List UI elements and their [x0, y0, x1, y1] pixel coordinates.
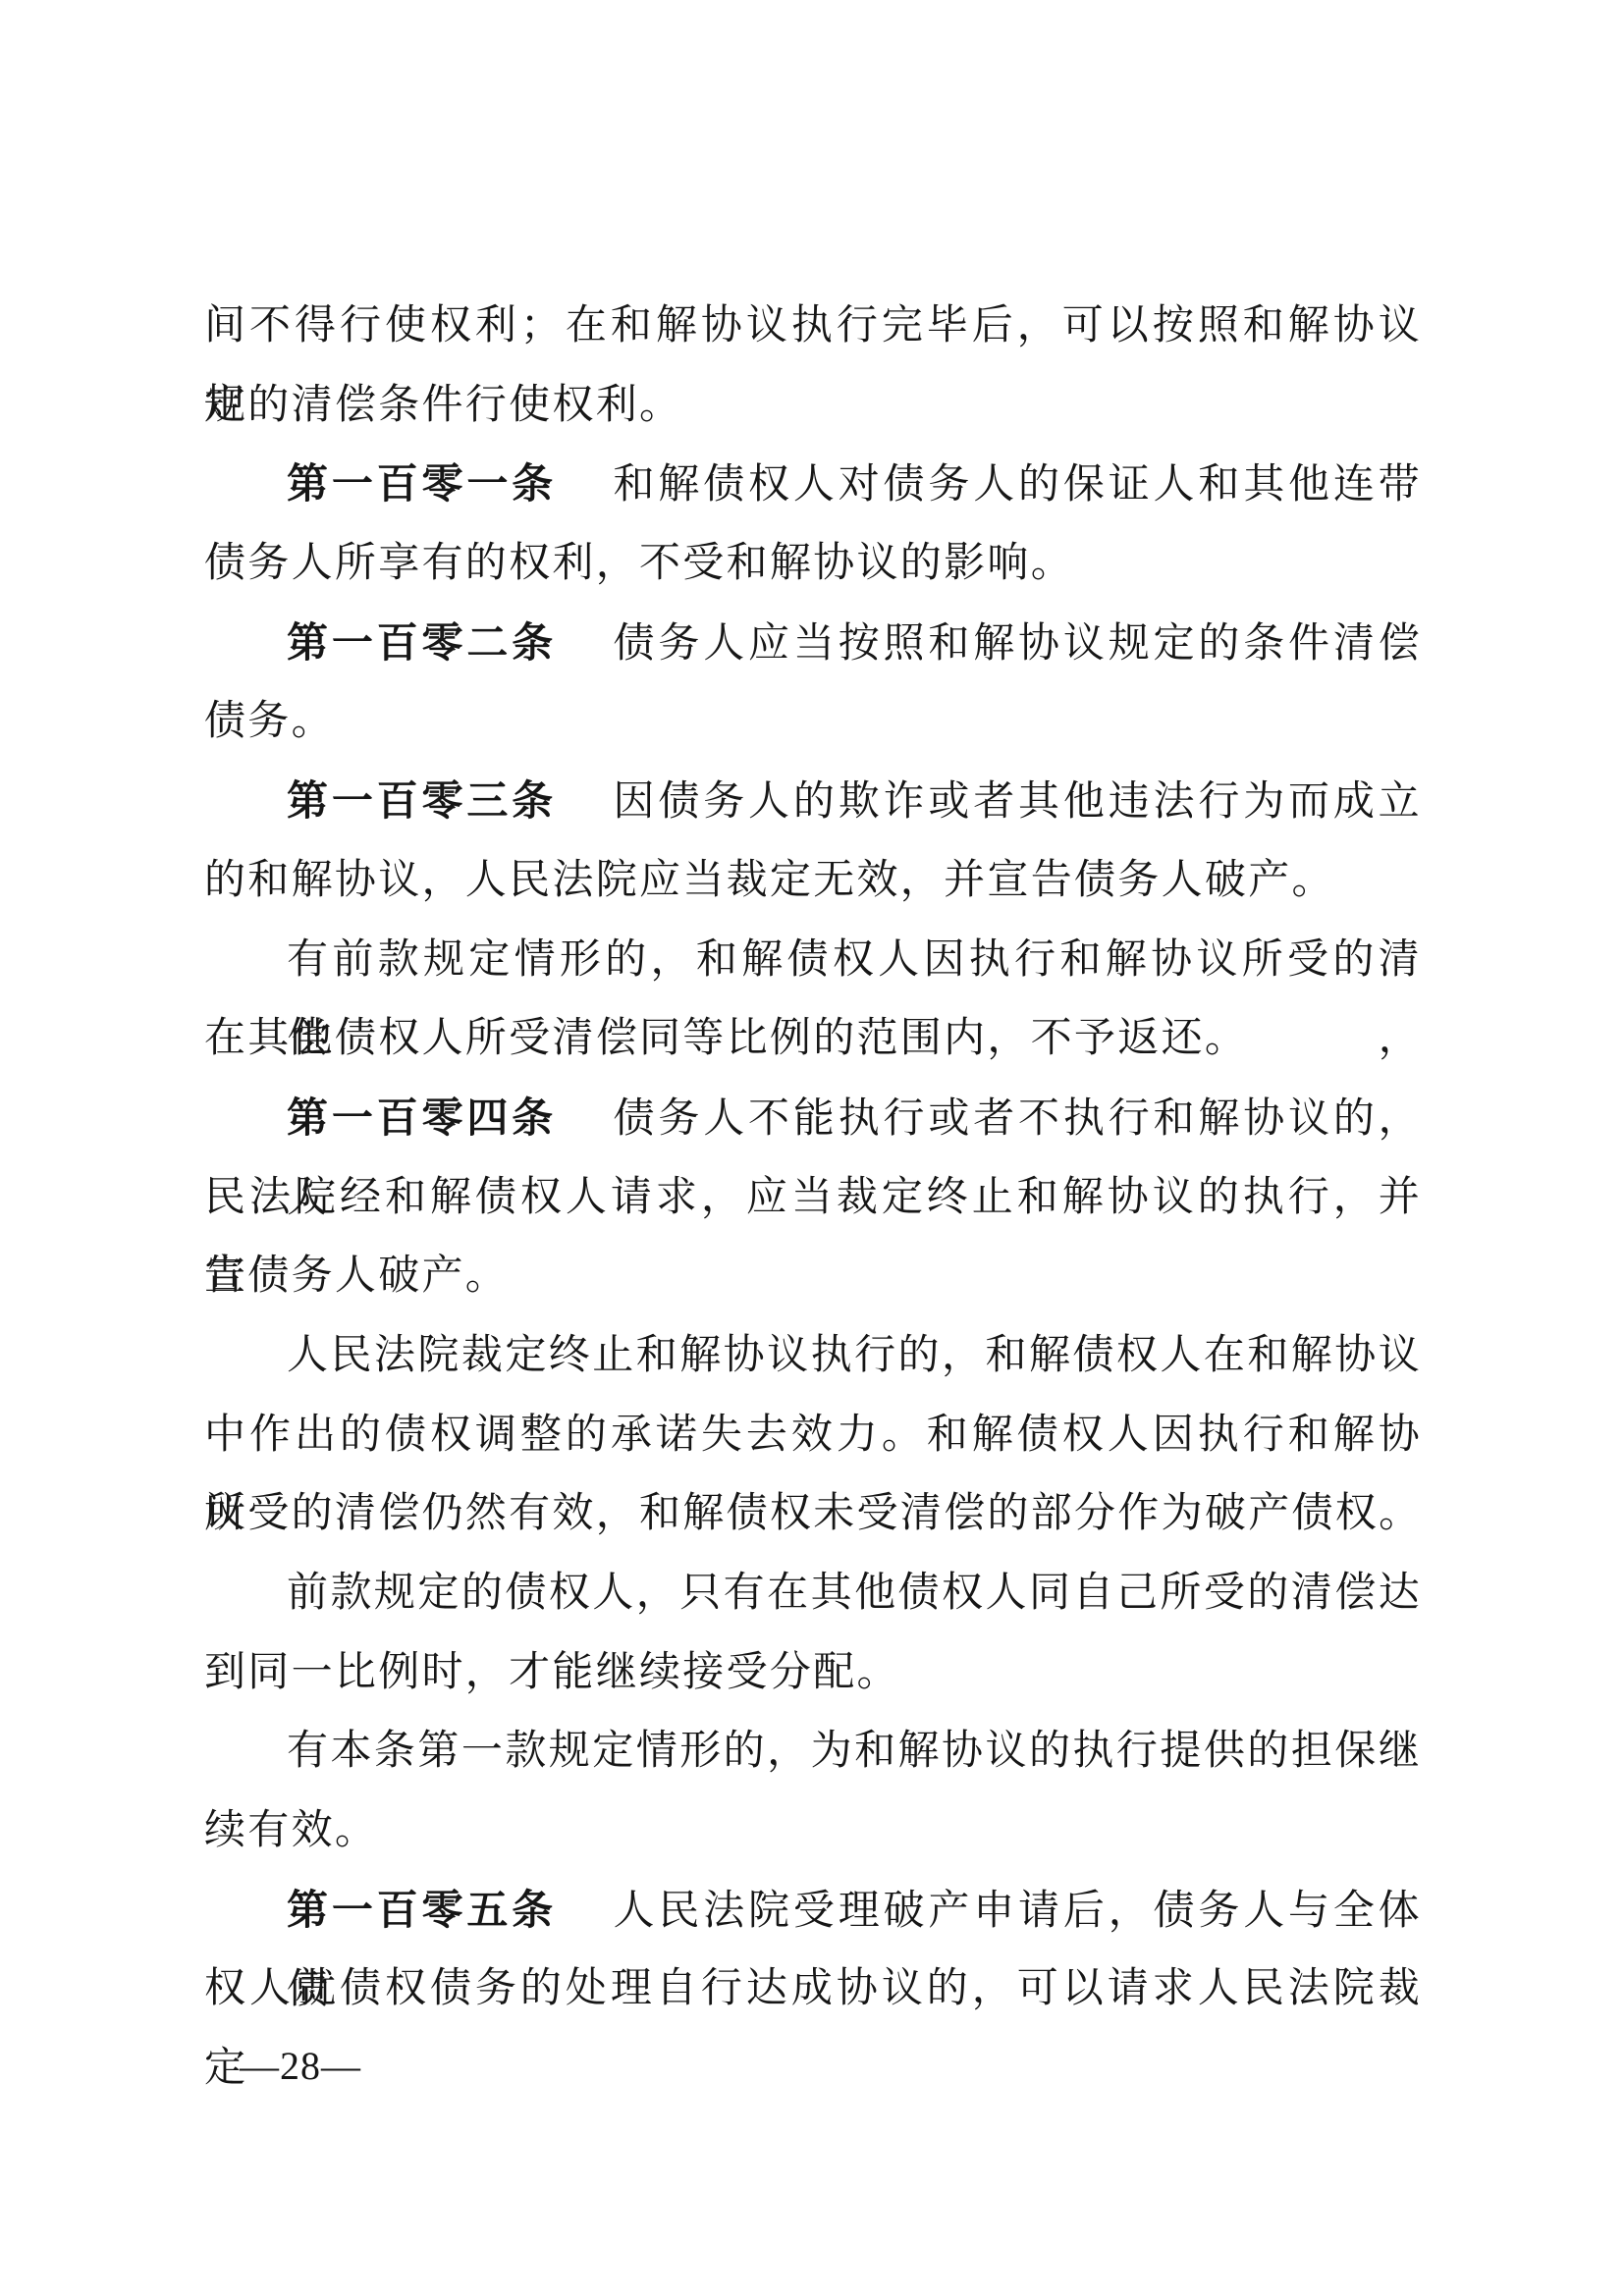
text-line: 债务人所享有的权利，不受和解协议的影响。 [204, 524, 1422, 604]
text-line: 前款规定的债权人，只有在其他债权人同自己所受的清偿达 [204, 1554, 1422, 1633]
article-number-102: 第一百零二条 [287, 619, 557, 666]
article-number-103: 第一百零三条 [287, 777, 557, 824]
text-line: 定的清偿条件行使权利。 [204, 366, 1422, 446]
line-text: 债务人所享有的权利，不受和解协议的影响。 [204, 541, 1074, 586]
line-text: 在其他债权人所受清偿同等比例的范围内，不予返还。 [204, 1016, 1248, 1061]
line-text: 到同一比例时，才能继续接受分配。 [204, 1650, 900, 1695]
text-line: 第一百零五条人民法院受理破产申请后，债务人与全体债 [204, 1871, 1422, 1950]
line-text: 定的清偿条件行使权利。 [204, 383, 682, 428]
text-line: 第一百零一条和解债权人对债务人的保证人和其他连带 [204, 445, 1422, 524]
text-line: 有前款规定情形的，和解债权人因执行和解协议所受的清偿， [204, 921, 1422, 1000]
text-line: 第一百零四条债务人不能执行或者不执行和解协议的，人 [204, 1079, 1422, 1158]
line-text: 债务人应当按照和解协议规定的条件清偿 [612, 621, 1422, 667]
line-text: 前款规定的债权人，只有在其他债权人同自己所受的清偿达 [287, 1571, 1422, 1616]
line-text: 和解债权人对债务人的保证人和其他连带 [612, 462, 1422, 507]
text-line: 到同一比例时，才能继续接受分配。 [204, 1633, 1422, 1713]
line-text: 人民法院裁定终止和解协议执行的，和解债权人在和解协议 [287, 1333, 1422, 1378]
text-line: 有本条第一款规定情形的，为和解协议的执行提供的担保继 [204, 1712, 1422, 1791]
text-line: 人民法院裁定终止和解协议执行的，和解债权人在和解协议 [204, 1316, 1422, 1396]
document-page: 间不得行使权利；在和解协议执行完毕后，可以按照和解协议规 定的清偿条件行使权利。… [0, 0, 1624, 2296]
text-line: 第一百零三条因债务人的欺诈或者其他违法行为而成立 [204, 762, 1422, 841]
line-text: 续有效。 [204, 1808, 378, 1853]
line-text: 所受的清偿仍然有效，和解债权未受清偿的部分作为破产债权。 [204, 1491, 1422, 1536]
text-line: 中作出的债权调整的承诺失去效力。和解债权人因执行和解协议 [204, 1396, 1422, 1475]
text-line: 间不得行使权利；在和解协议执行完毕后，可以按照和解协议规 [204, 287, 1422, 366]
text-line: 的和解协议，人民法院应当裁定无效，并宣告债务人破产。 [204, 841, 1422, 921]
line-text: 因债务人的欺诈或者其他违法行为而成立 [612, 779, 1422, 825]
line-text: 的和解协议，人民法院应当裁定无效，并宣告债务人破产。 [204, 858, 1335, 903]
text-line: 在其他债权人所受清偿同等比例的范围内，不予返还。 [204, 999, 1422, 1079]
line-text: 告债务人破产。 [204, 1254, 509, 1299]
line-text: 有本条第一款规定情形的，为和解协议的执行提供的担保继 [287, 1729, 1422, 1774]
text-line: 民法院经和解债权人请求，应当裁定终止和解协议的执行，并宣 [204, 1158, 1422, 1238]
text-line: 第一百零二条债务人应当按照和解协议规定的条件清偿 [204, 604, 1422, 683]
text-line: 续有效。 [204, 1791, 1422, 1871]
text-line: 告债务人破产。 [204, 1237, 1422, 1316]
article-number-105: 第一百零五条 [287, 1887, 557, 1933]
line-text: 权人就债权债务的处理自行达成协议的，可以请求人民法院裁定 [204, 1966, 1422, 2091]
line-text: 债务。 [204, 699, 335, 744]
text-line: 权人就债权债务的处理自行达成协议的，可以请求人民法院裁定 [204, 1949, 1422, 2029]
text-line: 债务。 [204, 682, 1422, 762]
text-line: 所受的清偿仍然有效，和解债权未受清偿的部分作为破产债权。 [204, 1474, 1422, 1554]
text-block: 间不得行使权利；在和解协议执行完毕后，可以按照和解协议规 定的清偿条件行使权利。… [204, 287, 1422, 2029]
article-number-104: 第一百零四条 [287, 1095, 557, 1141]
article-number-101: 第一百零一条 [287, 460, 557, 507]
page-number: —28— [240, 2044, 361, 2089]
